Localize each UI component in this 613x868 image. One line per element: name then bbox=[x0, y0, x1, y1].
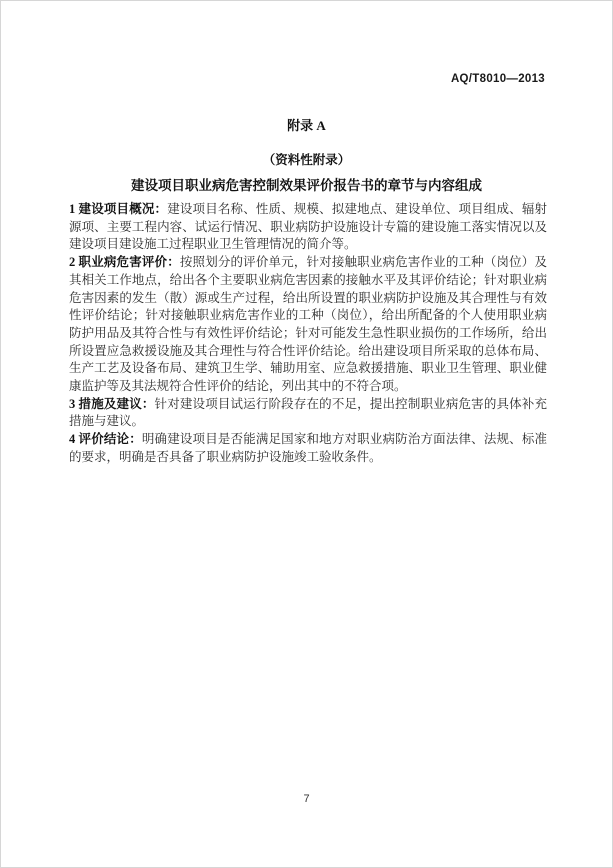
section-heading-1: 1 建设项目概况： bbox=[69, 202, 167, 216]
appendix-title: 建设项目职业病危害控制效果评价报告书的章节与内容组成 bbox=[1, 174, 612, 194]
document-page: AQ/T8010—2013 附录 A （资料性附录） 建设项目职业病危害控制效果… bbox=[0, 0, 613, 868]
section-paragraph-2: 2 职业病危害评价：按照划分的评价单元，针对接触职业病危害作业的工种（岗位）及其… bbox=[69, 254, 547, 396]
standard-code-header: AQ/T8010—2013 bbox=[451, 73, 545, 85]
section-body-2: 按照划分的评价单元，针对接触职业病危害作业的工种（岗位）及其相关工作地点，给出各… bbox=[69, 255, 547, 393]
section-paragraph-4: 4 评价结论：明确建设项目是否能满足国家和地方对职业病防治方面法律、法规、标准的… bbox=[69, 431, 547, 466]
section-heading-4: 4 评价结论： bbox=[69, 432, 142, 446]
section-paragraph-1: 1 建设项目概况：建设项目名称、性质、规模、拟建地点、建设单位、项目组成、辐射源… bbox=[69, 201, 547, 254]
section-heading-2: 2 职业病危害评价： bbox=[69, 255, 180, 269]
body-text: 1 建设项目概况：建设项目名称、性质、规模、拟建地点、建设单位、项目组成、辐射源… bbox=[69, 201, 547, 467]
section-heading-3: 3 措施及建议： bbox=[69, 397, 155, 411]
appendix-label: 附录 A bbox=[1, 115, 612, 134]
page-number: 7 bbox=[1, 793, 612, 805]
appendix-type-note: （资料性附录） bbox=[1, 150, 612, 168]
section-paragraph-3: 3 措施及建议：针对建设项目试运行阶段存在的不足，提出控制职业病危害的具体补充措… bbox=[69, 396, 547, 431]
